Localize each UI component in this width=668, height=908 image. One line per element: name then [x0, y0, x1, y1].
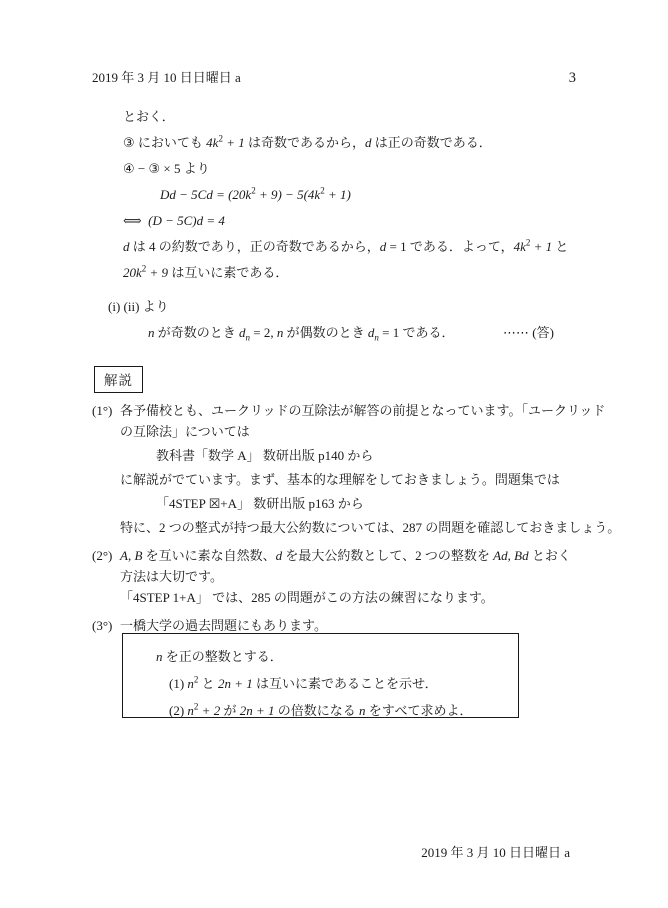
problem-box: n を正の整数とする．(1) n2 と 2n + 1 は互いに素であることを示せ…: [122, 633, 519, 718]
commentary-line: 方法は大切です。: [120, 566, 638, 587]
text: (2): [169, 703, 187, 718]
math-text: + 1: [223, 135, 245, 150]
solution-line: ③ においても 4k2 + 1 は奇数であるから，d は正の奇数である．: [92, 130, 628, 156]
solution-line: (i) (ii) より: [92, 294, 628, 320]
math-text: 4k: [514, 239, 526, 254]
text: に解説がでています。まず、基本的な理解をしておきましょう。問題集では: [120, 472, 560, 487]
solution-line: とおく．: [92, 104, 628, 130]
text: とおく．: [123, 109, 175, 124]
text: 「4STEP 1+A」 では、285 の問題がこの方法の練習になります。: [120, 590, 494, 605]
math-text: 20k: [123, 265, 142, 280]
text: ③ においても: [123, 135, 206, 150]
text: (1): [169, 676, 187, 691]
text: が偶数のとき: [283, 325, 368, 340]
math-text: A: [120, 548, 128, 563]
commentary-item-label: (1°): [92, 400, 120, 538]
commentary-line: 各予備校とも、ユークリッドの互除法が解答の前提となっています。「ユークリッド: [120, 400, 638, 421]
text: は互いに素であることを示せ．: [253, 676, 438, 691]
text: = 2,: [250, 325, 277, 340]
math-text: + 2: [198, 703, 220, 718]
math-text: 4k: [206, 135, 218, 150]
math-text: (D − 5C)d = 4: [148, 213, 225, 228]
kaisetsu-section-label: 解説: [94, 366, 143, 393]
text: の倍数になる: [275, 703, 360, 718]
commentary-line: 教科書「数学 A」 数研出版 p140 から: [120, 445, 638, 466]
commentary-line: 特に、2 つの整式が持つ最大公約数については、287 の問題を確認しておきましょ…: [120, 517, 638, 538]
commentary-line: の互除法」については: [120, 421, 638, 442]
math-text: Ad: [493, 548, 507, 563]
answer-marker: ⋯⋯ (答): [503, 320, 554, 346]
problem-line: (1) n2 と 2n + 1 は互いに素であることを示せ．: [123, 670, 518, 697]
solution-line: d は 4 の約数であり，正の奇数であるから，d = 1 である．よって，4k2…: [92, 234, 628, 260]
text: は 4 の約数であり，正の奇数であるから，: [130, 239, 380, 254]
text: を最大公約数として、2 つの整数を: [282, 548, 493, 563]
commentary-item-body: A, B を互いに素な自然数、d を最大公約数として、2 つの整数を Ad, B…: [120, 545, 638, 608]
solution-line: ④ − ③ × 5 より: [92, 156, 628, 182]
text: (i) (ii) より: [108, 299, 169, 314]
solution-line: n が奇数のとき dn = 2, n が偶数のとき dn = 1 である．⋯⋯ …: [92, 320, 628, 346]
text: を正の整数とする．: [163, 649, 283, 664]
solution-line: 20k2 + 9 は互いに素である．: [92, 260, 628, 286]
solution-block: とおく．③ においても 4k2 + 1 は奇数であるから，d は正の奇数である．…: [92, 104, 628, 346]
footer-date: 2019 年 3 月 10 日日曜日 a: [421, 845, 570, 860]
text: は奇数であるから，: [245, 135, 365, 150]
math-text: 2n + 1: [240, 703, 275, 718]
math-text: 2n + 1: [218, 676, 253, 691]
text: は正の奇数である．: [371, 135, 491, 150]
text: = 1 である．よって，: [386, 239, 513, 254]
math-text: + 1): [325, 187, 351, 202]
commentary-line: 「4STEP 1+A」 では、285 の問題がこの方法の練習になります。: [120, 587, 638, 608]
commentary-item-body: 各予備校とも、ユークリッドの互除法が解答の前提となっています。「ユークリッドの互…: [120, 400, 638, 538]
text: と: [198, 676, 218, 691]
text: は互いに素である．: [168, 265, 288, 280]
text: 一橋大学の過去問題にもあります。: [120, 618, 327, 633]
text: ⟺: [123, 213, 148, 228]
text: ④ − ③ × 5 より: [123, 161, 210, 176]
text: 特に、2 つの整式が持つ最大公約数については、287 の問題を確認しておきましょ…: [120, 520, 620, 535]
document-page: 2019 年 3 月 10 日日曜日 a 3 とおく．③ においても 4k2 +…: [0, 0, 668, 908]
text: が: [220, 703, 240, 718]
page-header: 2019 年 3 月 10 日日曜日 a 3: [92, 67, 576, 87]
commentary-item-label: (2°): [92, 545, 120, 608]
math-text: + 9) − 5(4k: [256, 187, 320, 202]
header-date: 2019 年 3 月 10 日日曜日 a: [92, 67, 241, 86]
text: を互いに素な自然数、: [142, 548, 275, 563]
solution-line: ⟺ (D − 5C)d = 4: [92, 208, 628, 234]
math-text: Dd − 5Cd = (20k: [160, 187, 251, 202]
text: 「4STEP ☒+A」 数研出版 p163 から: [156, 496, 364, 511]
text: が奇数のとき: [155, 325, 240, 340]
commentary-item: (2°)A, B を互いに素な自然数、d を最大公約数として、2 つの整数を A…: [92, 545, 638, 608]
commentary-item-label: (3°): [92, 615, 120, 636]
math-text: Bd: [514, 548, 528, 563]
text: 教科書「数学 A」 数研出版 p140 から: [156, 448, 373, 463]
problem-line: (2) n2 + 2 が 2n + 1 の倍数になる n をすべて求めよ．: [123, 697, 518, 724]
text: をすべて求めよ．: [366, 703, 473, 718]
solution-line: Dd − 5Cd = (20k2 + 9) − 5(4k2 + 1): [92, 182, 628, 208]
text: 各予備校とも、ユークリッドの互除法が解答の前提となっています。「ユークリッド: [120, 403, 605, 418]
text: の互除法」については: [120, 424, 250, 439]
commentary-line: A, B を互いに素な自然数、d を最大公約数として、2 つの整数を Ad, B…: [120, 545, 638, 566]
commentary-line: 「4STEP ☒+A」 数研出版 p163 から: [120, 493, 638, 514]
page-number: 3: [569, 70, 576, 87]
commentary-block: (1°)各予備校とも、ユークリッドの互除法が解答の前提となっています。「ユークリ…: [92, 400, 638, 636]
commentary-line: に解説がでています。まず、基本的な理解をしておきましょう。問題集では: [120, 469, 638, 490]
text: 方法は大切です。: [120, 569, 223, 584]
text: = 1 である．: [379, 325, 455, 340]
commentary-item: (1°)各予備校とも、ユークリッドの互除法が解答の前提となっています。「ユークリ…: [92, 400, 638, 538]
page-footer: 2019 年 3 月 10 日日曜日 a: [92, 826, 570, 877]
text: と: [552, 239, 568, 254]
math-text: + 9: [146, 265, 168, 280]
text: とおく: [529, 548, 571, 563]
problem-line: n を正の整数とする．: [123, 643, 518, 670]
math-text: + 1: [530, 239, 552, 254]
